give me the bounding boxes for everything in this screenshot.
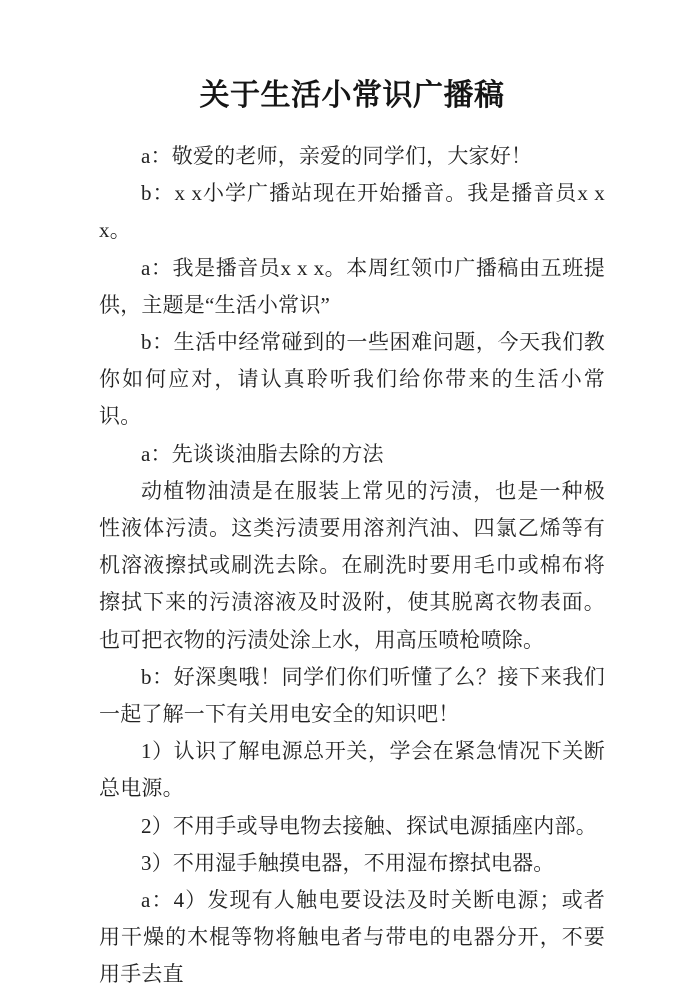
- paragraph-safety-rule-4-truncated: a：4）发现有人触电要设法及时关断电源；或者用干燥的木棍等物将触电者与带电的电器…: [99, 882, 605, 991]
- document-page: 关于生活小常识广播稿 a：敬爱的老师，亲爱的同学们，大家好！ b：x x小学广播…: [0, 0, 700, 991]
- paragraph-safety-rule-1: 1）认识了解电源总开关，学会在紧急情况下关断总电源。: [99, 733, 605, 807]
- paragraph-dialog-b-lead-in: b：生活中经常碰到的一些困难问题，今天我们教你如何应对，请认真聆听我们给你带来的…: [99, 324, 605, 436]
- paragraph-dialog-a-topic-grease: a：先谈谈油脂去除的方法: [99, 436, 605, 473]
- paragraph-dialog-a-greeting: a：敬爱的老师，亲爱的同学们，大家好！: [99, 138, 605, 175]
- document-title: 关于生活小常识广播稿: [99, 74, 605, 118]
- paragraph-grease-removal-method: 动植物油渍是在服装上常见的污渍，也是一种极性液体污渍。这类污渍要用溶剂汽油、四氯…: [99, 473, 605, 659]
- paragraph-dialog-a-theme: a：我是播音员x x x。本周红领巾广播稿由五班提供，主题是“生活小常识”: [99, 250, 605, 324]
- paragraph-dialog-b-electric-safety-intro: b：好深奥哦！同学们你们听懂了么？接下来我们一起了解一下有关用电安全的知识吧！: [99, 659, 605, 733]
- paragraph-safety-rule-3: 3）不用湿手触摸电器，不用湿布擦拭电器。: [99, 845, 605, 882]
- document-body: a：敬爱的老师，亲爱的同学们，大家好！ b：x x小学广播站现在开始播音。我是播…: [99, 138, 605, 991]
- paragraph-safety-rule-2: 2）不用手或导电物去接触、探试电源插座内部。: [99, 808, 605, 845]
- paragraph-dialog-b-intro: b：x x小学广播站现在开始播音。我是播音员x x x。: [99, 175, 605, 249]
